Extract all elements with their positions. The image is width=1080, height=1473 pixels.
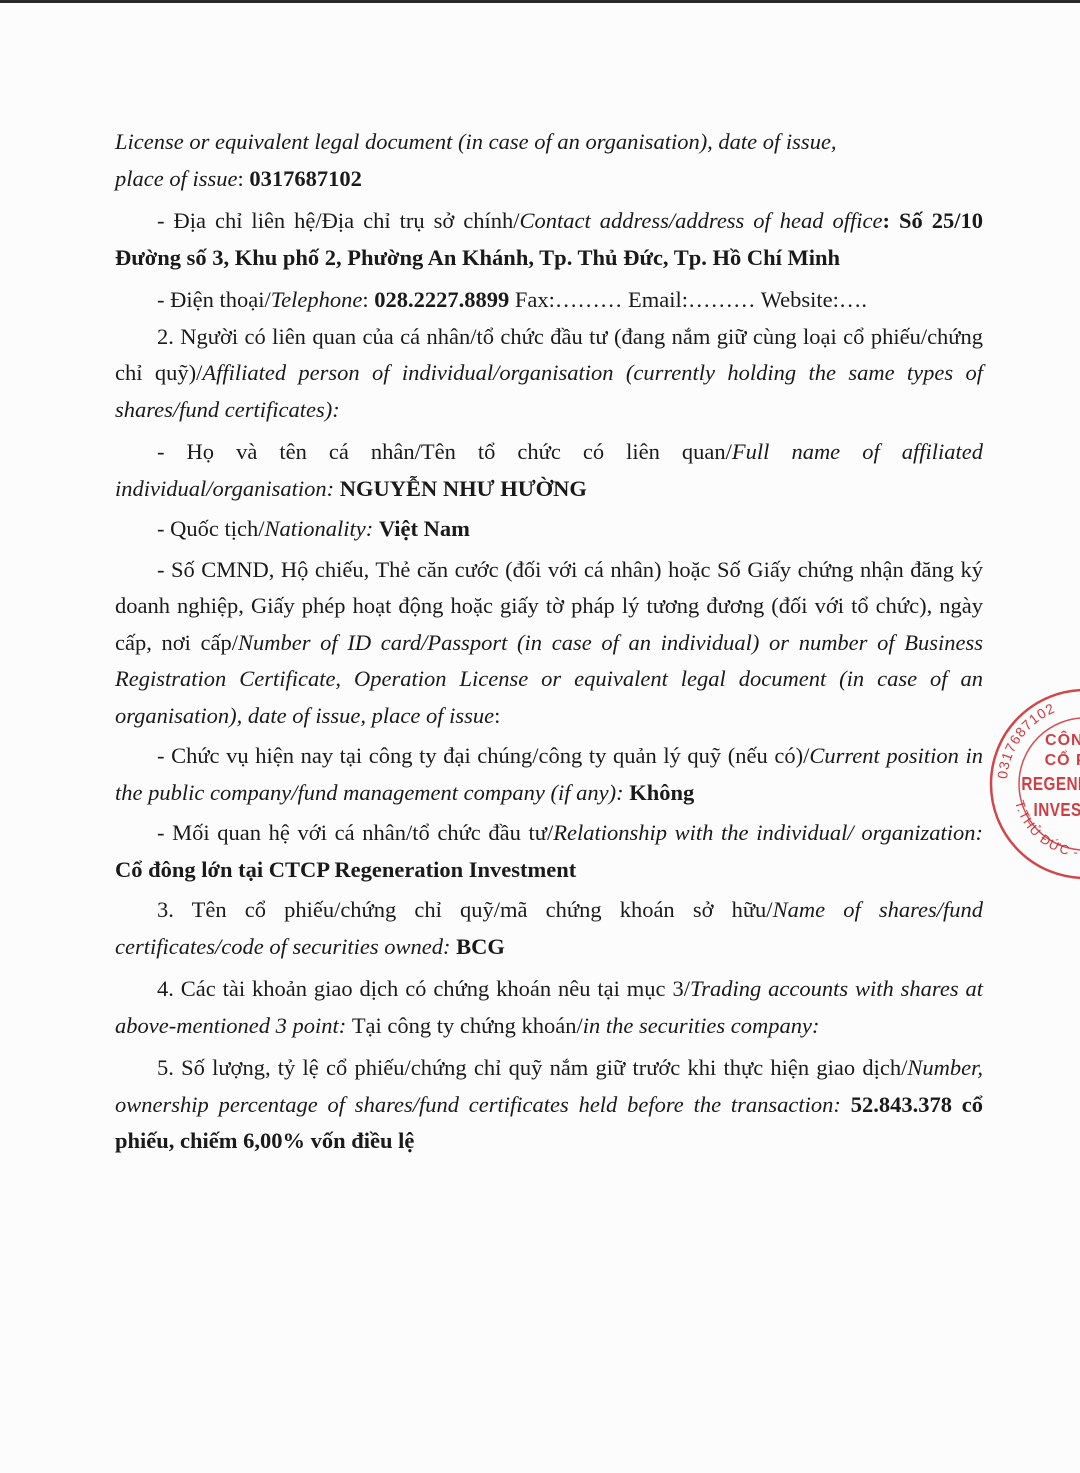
section-2-label-en: Affiliated person of individual/organisa… (115, 360, 983, 422)
svg-text:T.THỦ ĐỨC - TP. HỒ: T.THỦ ĐỨC - TP. HỒ (1012, 799, 1080, 861)
stamp-line-name-2: INVESTMENT (1000, 800, 1080, 821)
name-label-vn: - Họ và tên cá nhân/Tên tổ chức có liên … (157, 439, 732, 464)
relationship-label-vn: - Mối quan hệ với cá nhân/tổ chức đầu tư… (157, 820, 553, 845)
colon: : (237, 166, 249, 191)
nationality-label-vn: - Quốc tịch/ (157, 516, 264, 541)
colon: : (362, 287, 374, 312)
company-stamp: 0317687102 T.THỦ ĐỨC - TP. HỒ CÔNG TY CỔ… (985, 684, 1080, 884)
stamp-number: 0317687102 (994, 700, 1057, 780)
address-label-en: Contact address/address of head office (519, 208, 882, 233)
stamp-ring-icon: 0317687102 T.THỦ ĐỨC - TP. HỒ (985, 684, 1080, 884)
section-5-label-vn: 5. Số lượng, tỷ lệ cổ phiếu/chứng chỉ qu… (157, 1055, 907, 1080)
license-line: License or equivalent legal document (in… (115, 124, 983, 197)
scan-artifact (32, 62, 72, 72)
section-4-value-en: in the securities company: (583, 1013, 820, 1038)
stamp-line-name-1: REGENERATION (1000, 774, 1080, 795)
position-label-vn: - Chức vụ hiện nay tại công ty đại chúng… (157, 743, 809, 768)
relationship-value: Cổ đông lớn tại CTCP Regeneration Invest… (115, 857, 576, 882)
svg-text:0317687102: 0317687102 (994, 700, 1057, 780)
position-value: Không (629, 780, 694, 805)
affiliated-name-value: NGUYỄN NHƯ HƯỜNG (340, 476, 587, 501)
nationality-value: Việt Nam (379, 516, 470, 541)
affiliated-name-paragraph: - Họ và tên cá nhân/Tên tổ chức có liên … (115, 434, 983, 507)
phone-value: 028.2227.8899 (374, 287, 509, 312)
address-paragraph: - Địa chỉ liên hệ/Địa chỉ trụ sở chính/C… (115, 203, 983, 276)
phone-label-en: Telephone (271, 287, 363, 312)
license-number: 0317687102 (249, 166, 362, 191)
phone-label-vn: - Điện thoại/ (157, 287, 271, 312)
relationship-label-en: Relationship with the individual/ organi… (553, 820, 983, 845)
position-paragraph: - Chức vụ hiện nay tại công ty đại chúng… (115, 738, 983, 811)
relationship-paragraph: - Mối quan hệ với cá nhân/tổ chức đầu tư… (115, 815, 983, 888)
address-label-vn: - Địa chỉ liên hệ/Địa chỉ trụ sở chính/ (157, 208, 519, 233)
section-3-label-vn: 3. Tên cổ phiếu/chứng chỉ quỹ/mã chứng k… (157, 897, 773, 922)
stamp-line-company: CÔNG TY (985, 732, 1080, 750)
stamp-line-joint-stock: CỔ PHẦN (985, 752, 1080, 770)
stamp-bottom-text: T.THỦ ĐỨC - TP. HỒ (1012, 799, 1080, 861)
license-label-en: License or equivalent legal document (in… (115, 129, 837, 154)
fax-email-website: Fax:……… Email:……… Website:…. (509, 287, 867, 312)
section-5-paragraph: 5. Số lượng, tỷ lệ cổ phiếu/chứng chỉ qu… (115, 1050, 983, 1160)
scan-top-edge (0, 0, 1080, 3)
place-of-issue-label: place of issue (115, 166, 237, 191)
id-label-en: Number of ID card/Passport (in case of a… (115, 630, 983, 728)
section-4-paragraph: 4. Các tài khoản giao dịch có chứng khoá… (115, 971, 983, 1044)
contact-paragraph: - Điện thoại/Telephone: 028.2227.8899 Fa… (115, 282, 983, 319)
colon: : (883, 208, 899, 233)
nationality-paragraph: - Quốc tịch/Nationality: Việt Nam (115, 511, 983, 548)
section-2-heading: 2. Người có liên quan của cá nhân/tổ chứ… (115, 319, 983, 429)
nationality-label-en: Nationality: (264, 516, 378, 541)
colon: : (494, 703, 500, 728)
section-4-value-vn: Tại công ty chứng khoán/ (352, 1013, 583, 1038)
securities-code-value: BCG (456, 934, 505, 959)
section-3-paragraph: 3. Tên cổ phiếu/chứng chỉ quỹ/mã chứng k… (115, 892, 983, 965)
section-4-label-vn: 4. Các tài khoản giao dịch có chứng khoá… (157, 976, 690, 1001)
document-page: License or equivalent legal document (in… (115, 124, 983, 1160)
id-paragraph: - Số CMND, Hộ chiếu, Thẻ căn cước (đối v… (115, 552, 983, 735)
